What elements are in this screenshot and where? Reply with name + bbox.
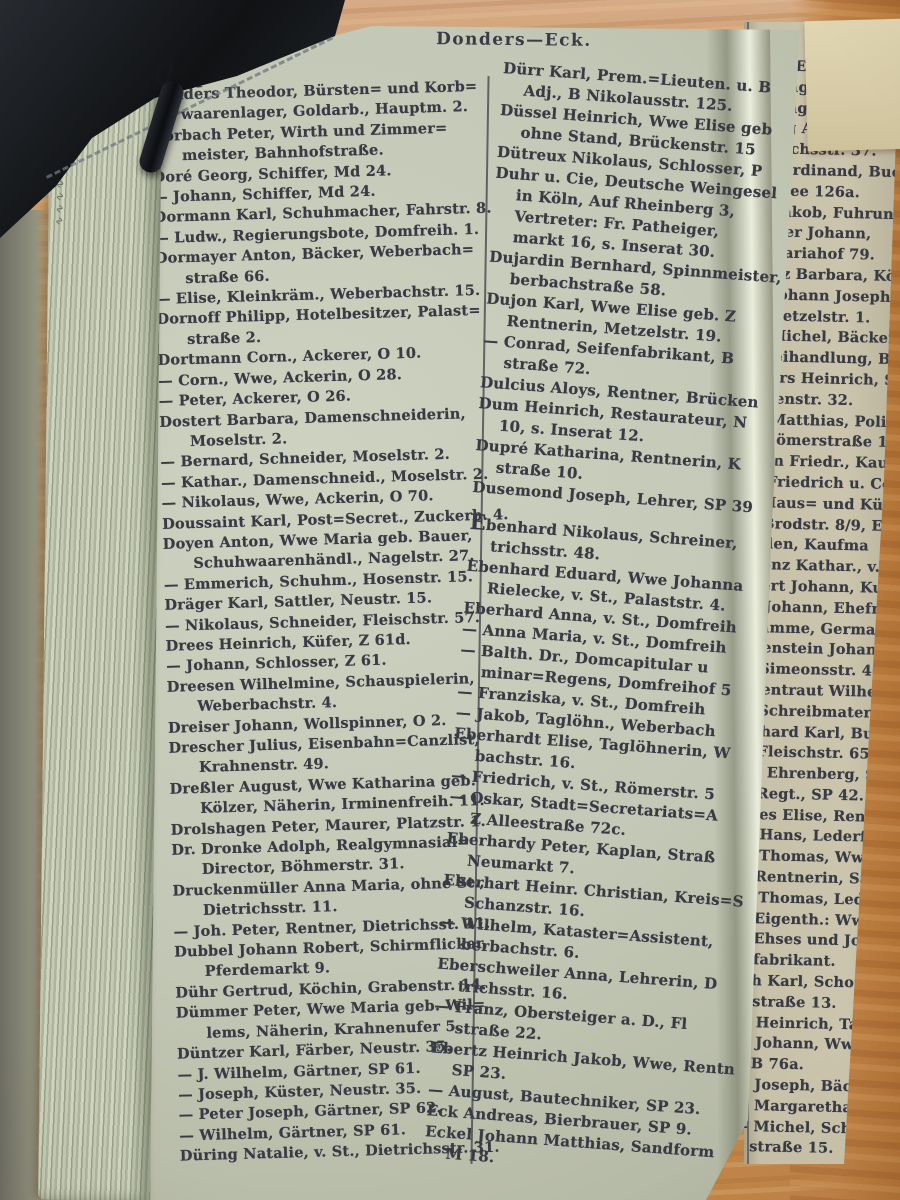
photo-of-address-book-page: kert Emil, Friseur u. Wlung, Brodstr. 4,… (0, 0, 900, 1200)
paper-scrap (804, 19, 900, 151)
book-fore-edge-pages (38, 85, 162, 1200)
page-header: Donders—Eck. (436, 29, 592, 51)
